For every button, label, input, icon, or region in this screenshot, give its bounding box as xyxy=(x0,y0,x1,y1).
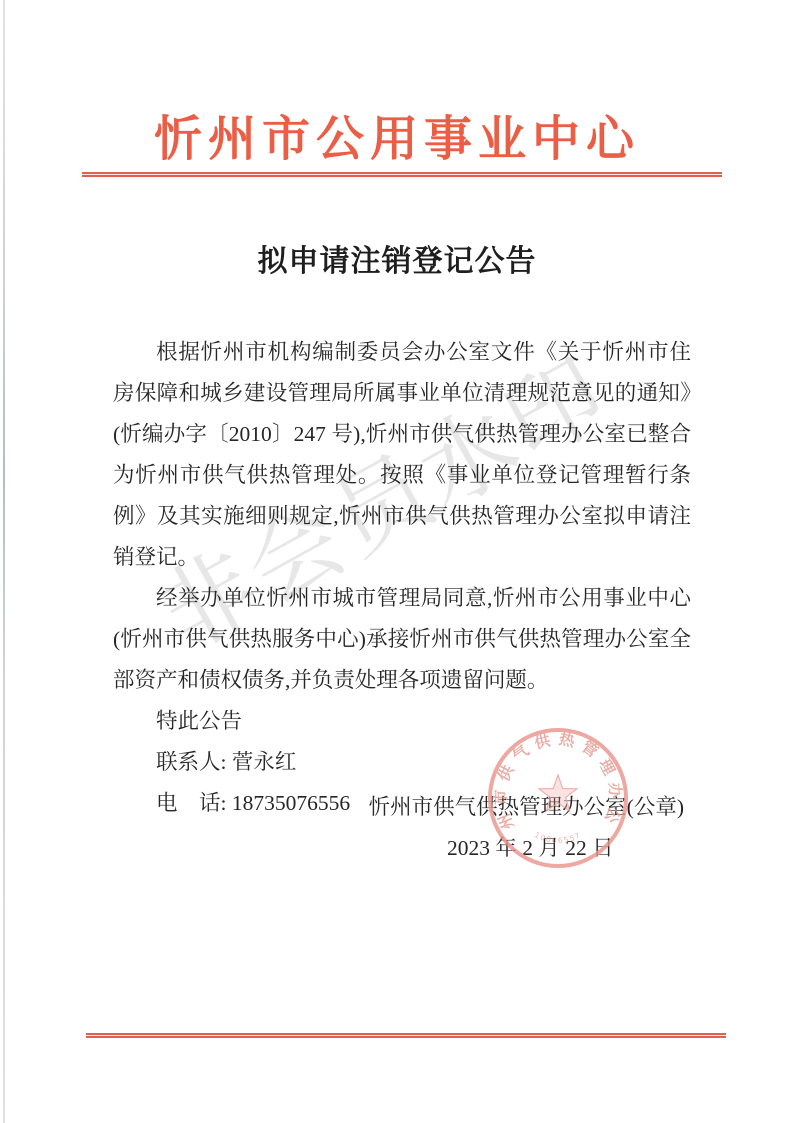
letterhead-divider-line xyxy=(82,172,722,177)
body-paragraph-1: 根据忻州市机构编制委员会办公室文件《关于忻州市住房保障和城乡建设管理局所属事业单… xyxy=(113,332,691,578)
phone-number: 18735076556 xyxy=(232,791,350,815)
contact-name: 菅永红 xyxy=(232,750,297,774)
closing-line: 特此公告 xyxy=(113,701,691,742)
document-title: 拟申请注销登记公告 xyxy=(0,236,794,280)
document-body: 根据忻州市机构编制委员会办公室文件《关于忻州市住房保障和城乡建设管理局所属事业单… xyxy=(113,332,691,824)
signature-date: 2023 年 2 月 22 日 xyxy=(447,831,609,862)
body-paragraph-2: 经举办单位忻州市城市管理局同意,忻州市公用事业中心(忻州市供气供热服务中心)承接… xyxy=(113,578,691,701)
footer-divider-line xyxy=(86,1033,726,1038)
contact-line: 联系人: 菅永红 xyxy=(113,742,691,783)
phone-label: 电 话: xyxy=(156,791,226,815)
contact-label: 联系人: xyxy=(156,750,226,774)
letterhead-title: 忻州市公用事业中心 xyxy=(0,100,794,169)
signature-org: 忻州市供气供热管理办公室(公章) xyxy=(369,790,684,821)
document-page: 非会员水印 忻州市公用事业中心 拟申请注销登记公告 根据忻州市机构编制委员会办公… xyxy=(0,0,794,1123)
